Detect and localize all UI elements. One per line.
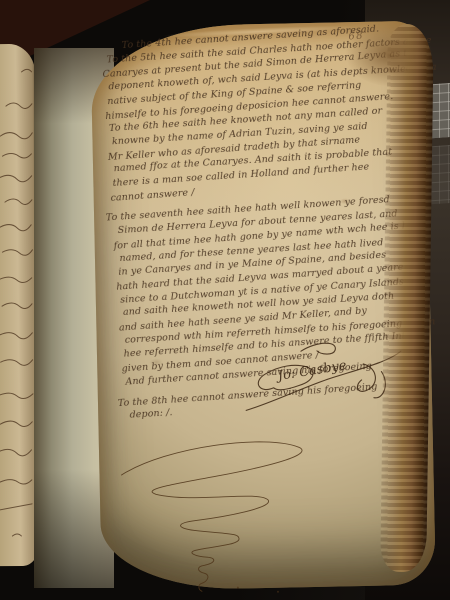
signature-name: Jo: Casbye	[274, 358, 348, 384]
closing-spiral-flourish	[107, 431, 320, 600]
photograph-of-manuscript: 68 To the 4th hee cannot answere saveing…	[0, 0, 450, 600]
deckle-top-corner	[346, 22, 432, 86]
page-deckle-edge	[380, 24, 434, 573]
